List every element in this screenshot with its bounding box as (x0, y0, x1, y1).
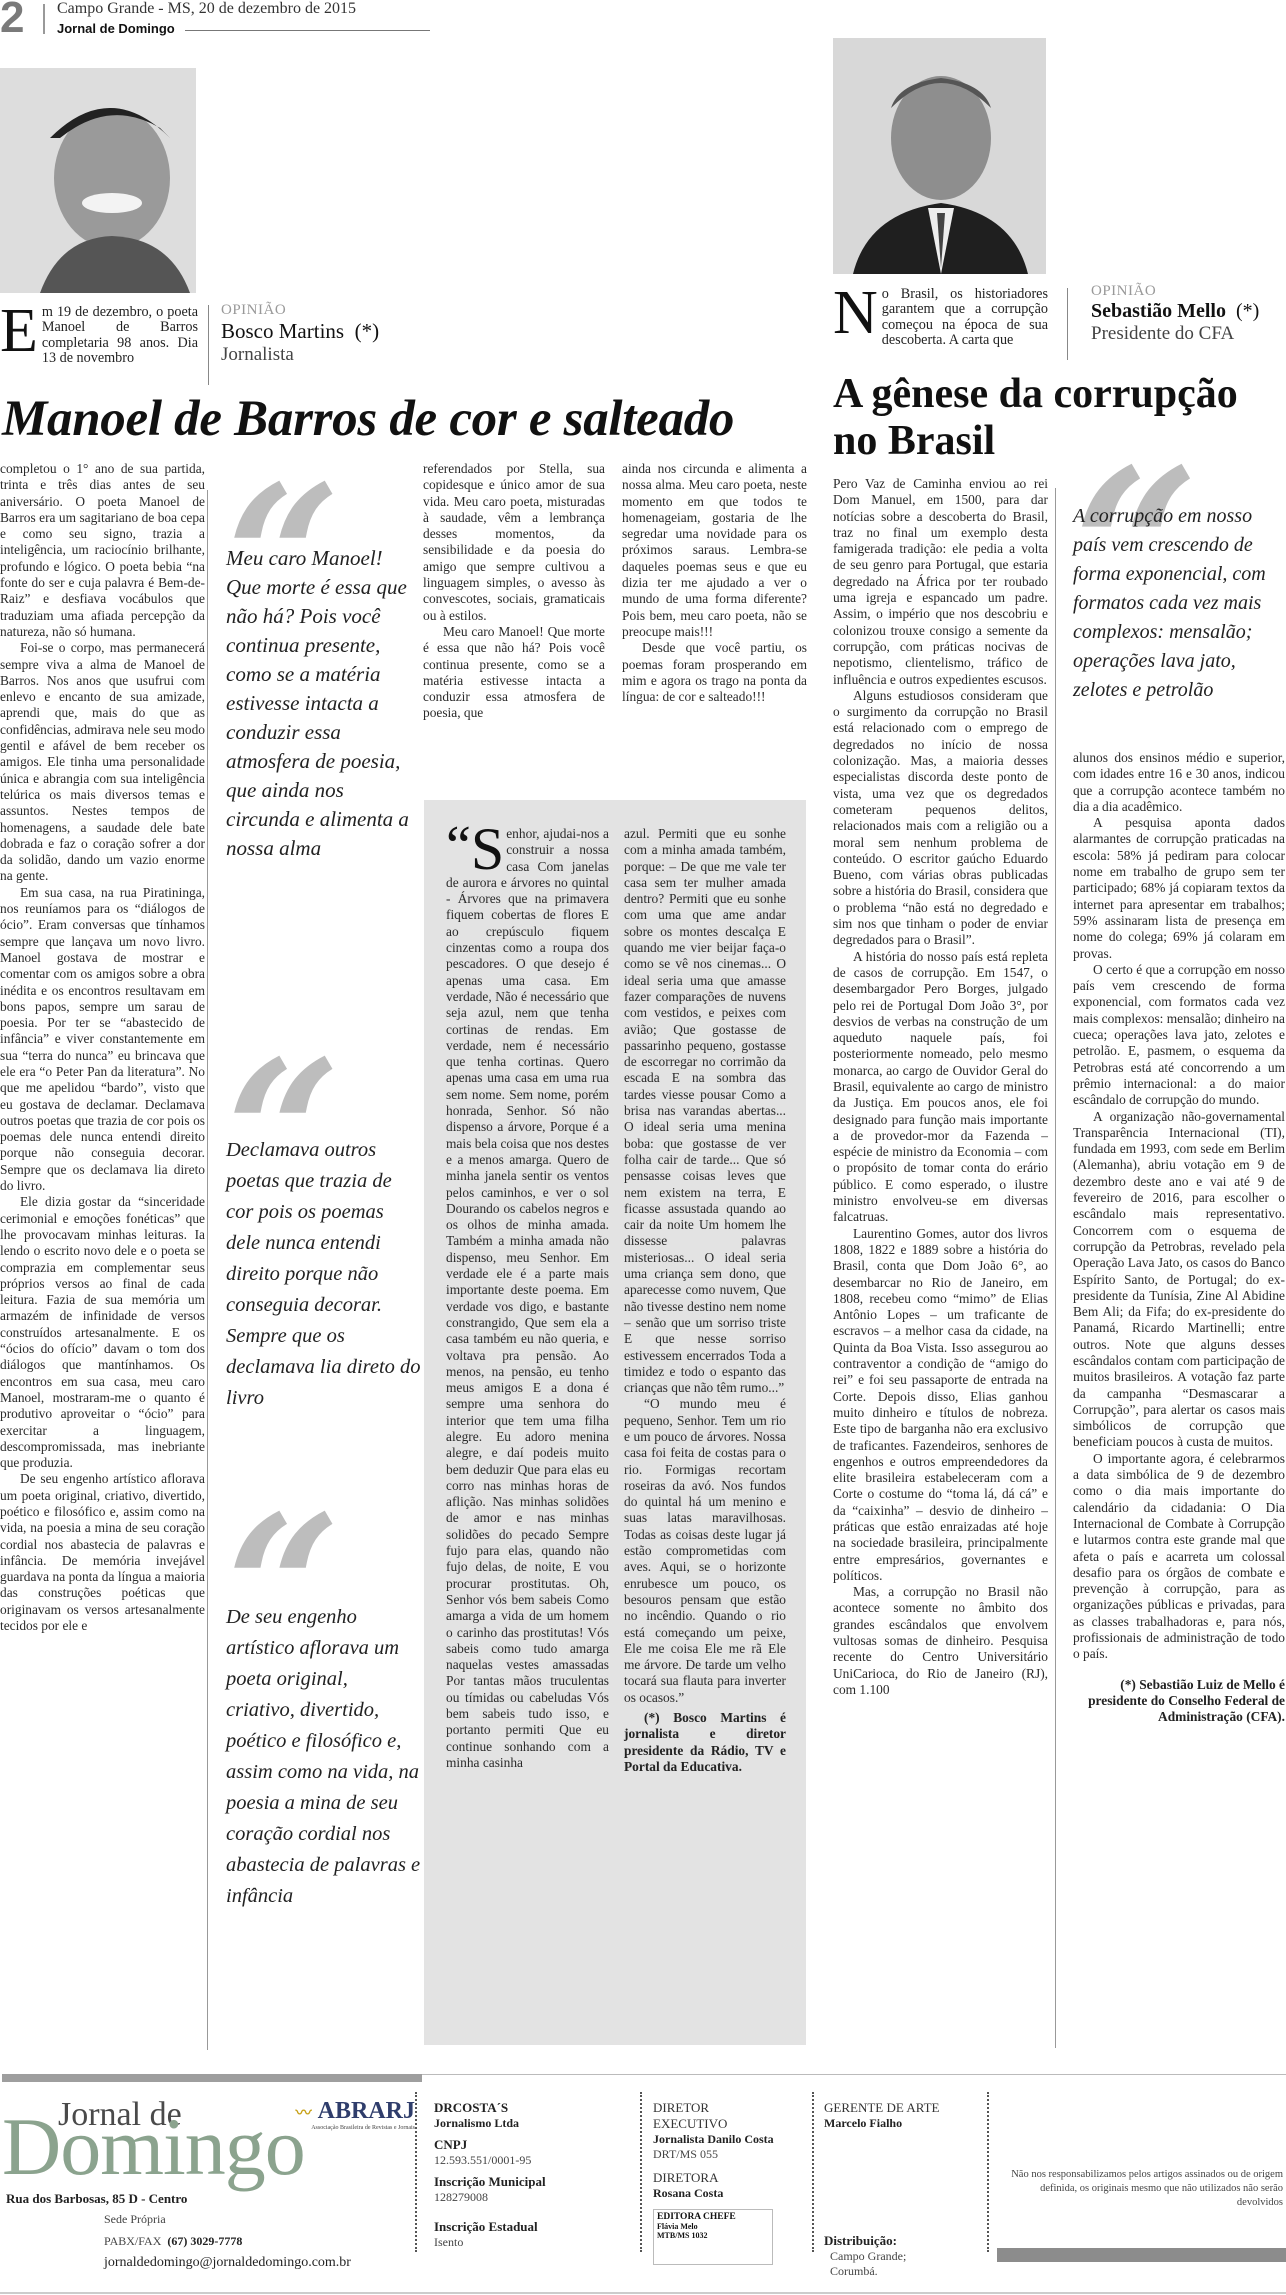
footer-divider (415, 2092, 417, 2252)
article-right-column-1: Pero Vaz de Caminha enviou ao rei Dom Ma… (833, 476, 1048, 1698)
header-divider (43, 4, 45, 34)
article-title-left: Manoel de Barros de cor e salteado (2, 390, 734, 448)
logo-domingo: Domingo (2, 2106, 305, 2188)
footer-distribution: Distribuição: Campo Grande; Corumbá. (824, 2233, 906, 2279)
paper-name: Jornal de Domingo (57, 21, 175, 36)
article-right-column-2: alunos dos ensinos médio e superior, com… (1073, 750, 1285, 1726)
pull-quote-1: “ Meu caro Manoel! Que morte é essa que … (226, 480, 416, 863)
footer-bar (2, 2074, 422, 2082)
drop-cap: E (0, 307, 38, 355)
footer-phone: PABX/FAX (67) 3029-7778 (104, 2234, 242, 2249)
section-label: OPINIÃO (221, 302, 441, 319)
poem-column-a: “Senhor, ajudai-nos a construir a nossa … (446, 826, 609, 1771)
header-rule (185, 30, 430, 31)
byline-left: OPINIÃO Bosco Martins (*) Jornalista (221, 302, 441, 366)
byline-right: OPINIÃO Sebastião Mello (*) Presidente d… (1091, 283, 1286, 345)
footer-email[interactable]: jornaldedomingo@jornaldedomingo.com.br (104, 2255, 351, 2271)
footer-company-block: DRCOSTA´S Jornalismo Ltda CNPJ 12.593.55… (434, 2100, 546, 2250)
intro-paragraph-left: Em 19 de dezembro, o poeta Manoel de Bar… (0, 305, 198, 366)
footer-sede: Sede Própria (104, 2212, 166, 2227)
date-line: Campo Grande - MS, 20 de dezembro de 201… (57, 0, 356, 18)
footer-art-block: GERENTE DE ARTE Marcelo Fialho (824, 2100, 984, 2131)
author-role: Jornalista (221, 344, 441, 366)
drop-cap: N (833, 289, 878, 337)
footer-divider (640, 2092, 642, 2252)
pull-quote-right: “ A corrupção em nosso país vem crescend… (1073, 470, 1283, 705)
editora-chefe-box: EDITORA CHEFE Flávia Melo MTB/MS 1032 (653, 2209, 773, 2265)
article-title-right: A gênese da corrupção no Brasil (833, 371, 1273, 465)
author-name: Sebastião Mello (*) (1091, 300, 1286, 323)
footer-address: Rua dos Barbosas, 85 D - Centro (6, 2191, 187, 2207)
footer-gray-bar (997, 2248, 1286, 2262)
footer-divider (812, 2092, 814, 2252)
swoosh-icon: 〰 (296, 2105, 312, 2122)
article-column-1: completou o 1° ano de sua partida, trint… (0, 461, 205, 1634)
author-footnote: (*) Bosco Martins é jornalista e diretor… (624, 1710, 786, 1775)
portrait-image (0, 68, 196, 293)
abrarj-subtitle: Associação Brasileira de Revistas e Jorn… (275, 2125, 415, 2131)
article-column-3: referendados por Stella, sua copidesque … (423, 461, 605, 722)
author-footnote: (*) Sebastião Luiz de Mello é presidente… (1073, 1677, 1285, 1726)
pull-quote-2: “ Declamava outros poetas que trazia de … (226, 1055, 421, 1414)
open-quote-mark: “ (446, 826, 471, 866)
drop-cap: S (471, 826, 504, 872)
article-column-4: ainda nos circunda e alimenta a nossa al… (622, 461, 807, 705)
poem-column-b: azul. Permiti que eu sonhe com a minha a… (624, 826, 786, 1775)
poem-box: “Senhor, ajudai-nos a construir a nossa … (424, 800, 806, 2045)
byline-divider (1067, 288, 1068, 360)
abrarj-name: 〰 ABRARJ (275, 2100, 415, 2125)
author-photo-bosco-martins (0, 68, 196, 293)
column-divider (1055, 488, 1056, 2048)
author-name: Bosco Martins (*) (221, 319, 441, 344)
footer-rule-top (422, 2074, 1286, 2075)
abrarj-logo: 〰 ABRARJ Associação Brasileira de Revist… (275, 2100, 415, 2131)
byline-divider (208, 305, 209, 385)
portrait-image (833, 38, 1046, 274)
footer-rule-bottom (0, 2292, 1286, 2294)
pull-quote-3: “ De seu engenho artístico aflorava um p… (226, 1510, 421, 1912)
section-label: OPINIÃO (1091, 283, 1286, 300)
footer-directors-block: DIRETOR EXECUTIVO Jornalista Danilo Cost… (653, 2100, 783, 2265)
author-role: Presidente do CFA (1091, 323, 1286, 345)
footer-disclaimer: Não nos responsabilizamos pelos artigos … (1000, 2168, 1283, 2210)
footer-divider (987, 2092, 989, 2252)
author-photo-sebastiao-mello (833, 38, 1046, 274)
intro-paragraph-right: No Brasil, os historiadores garantem que… (833, 287, 1048, 348)
column-divider (207, 490, 208, 2050)
page-number: 2 (0, 0, 24, 38)
